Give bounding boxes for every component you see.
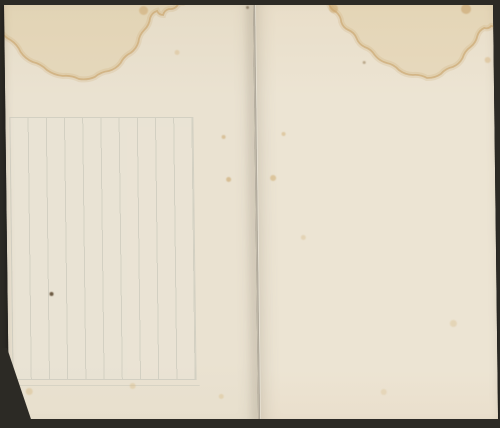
foxing-speck: [362, 61, 365, 64]
book-spread: [4, 5, 498, 420]
foxing-speck: [222, 135, 226, 139]
foxing-speck: [130, 383, 136, 389]
foxing-speck: [485, 57, 491, 63]
left-page-top-water-stain: [4, 5, 184, 79]
foxing-speck: [50, 292, 54, 296]
foxing-speck: [246, 6, 249, 9]
foxing-speck: [270, 175, 276, 181]
scanned-document-page: [0, 0, 500, 428]
scan-border-bottom: [0, 419, 500, 428]
foxing-speck: [174, 50, 179, 55]
foxing-speck: [449, 320, 456, 327]
foxing-speck: [139, 6, 148, 15]
water-stain-overlay: [4, 5, 498, 420]
foxing-speck: [282, 132, 286, 136]
scan-border-top: [0, 0, 500, 5]
foxing-speck: [300, 235, 305, 240]
foxing-speck: [25, 388, 32, 395]
foxing-speck: [226, 177, 231, 182]
foxing-speck: [218, 394, 223, 399]
foxing-speck: [381, 389, 387, 395]
foxing-speck: [328, 5, 337, 13]
